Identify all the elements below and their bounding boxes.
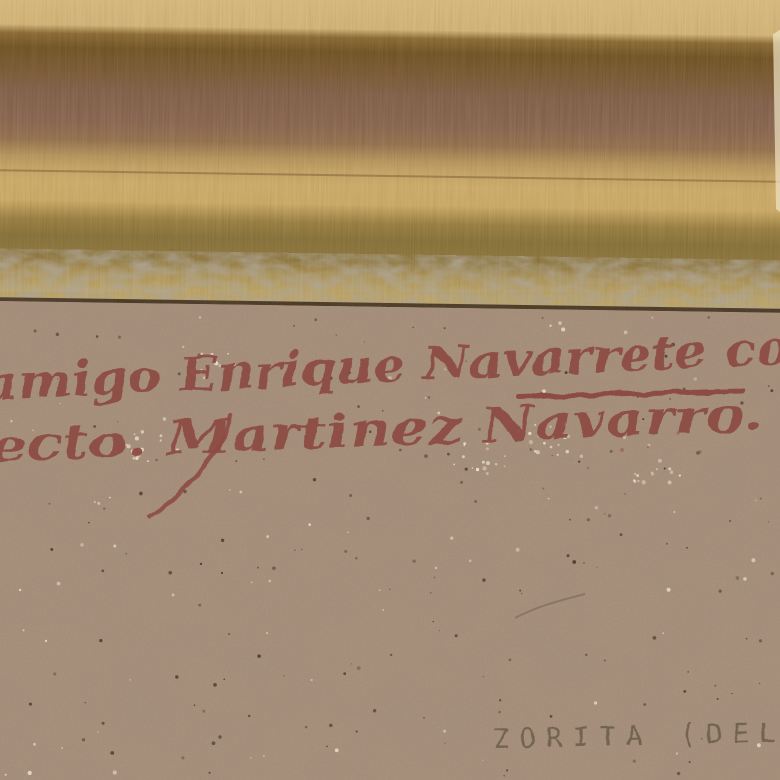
speck [504, 465, 506, 467]
speck [759, 683, 760, 684]
speck [670, 470, 674, 474]
speck [624, 493, 626, 495]
speck [445, 742, 446, 743]
speck [486, 461, 490, 465]
speck [608, 514, 612, 518]
speck [109, 497, 111, 499]
speck [521, 593, 522, 594]
speck [736, 576, 740, 580]
speck [97, 502, 100, 505]
speck [689, 761, 691, 763]
speck [101, 570, 104, 573]
speck [61, 747, 63, 749]
speck [283, 675, 285, 677]
speck [597, 567, 598, 568]
speck [729, 520, 731, 522]
speck [379, 589, 381, 591]
speck [433, 621, 434, 622]
speck [677, 772, 680, 775]
speck [482, 578, 485, 581]
speck [643, 703, 646, 706]
speck [698, 450, 702, 454]
speck [541, 317, 543, 319]
speck [45, 640, 47, 642]
speck [578, 460, 580, 462]
speck [504, 455, 506, 457]
speck [347, 532, 348, 533]
speck [250, 757, 252, 759]
speck [633, 760, 636, 763]
speck [636, 474, 639, 477]
speck [683, 690, 686, 693]
speck [199, 316, 201, 318]
speck [110, 751, 114, 755]
speck [344, 550, 347, 553]
speck [343, 672, 346, 675]
speck [228, 633, 230, 635]
speck [213, 683, 217, 687]
speck [476, 468, 479, 471]
speck [495, 463, 498, 466]
speck [587, 467, 590, 470]
speck [356, 730, 358, 732]
speck [390, 654, 392, 656]
speck [208, 772, 210, 774]
speck [474, 500, 477, 503]
speck [19, 589, 21, 591]
speck [97, 731, 99, 733]
speck [84, 702, 86, 704]
speck [633, 480, 636, 483]
speck [516, 548, 520, 552]
speck [263, 755, 265, 757]
speck [460, 481, 463, 484]
speck [486, 472, 489, 475]
speck [266, 632, 268, 634]
photo-canvas: amigo Enrique Navarrete co ecto. Martine… [0, 0, 780, 780]
speck [223, 678, 225, 680]
speck [413, 559, 416, 562]
speck [221, 539, 224, 542]
speck [465, 468, 468, 471]
speck [423, 717, 425, 719]
speck [389, 588, 391, 590]
speck [269, 580, 272, 583]
speck [673, 511, 675, 513]
speck [28, 771, 32, 775]
speck [257, 567, 259, 569]
speck [57, 582, 61, 586]
speck [658, 459, 662, 463]
speck [22, 629, 24, 631]
speck [33, 743, 36, 746]
speck [585, 654, 587, 656]
speck [88, 522, 90, 524]
speck [509, 658, 512, 661]
speck [482, 461, 485, 464]
speck [439, 630, 440, 631]
speck [519, 590, 521, 592]
speck [125, 553, 127, 555]
artwork-back-photo: amigo Enrique Navarrete co ecto. Martine… [0, 0, 780, 780]
speck [755, 500, 757, 502]
speck [664, 467, 666, 469]
speck [656, 468, 658, 470]
speck [29, 703, 32, 706]
speck [49, 503, 51, 505]
speck [569, 519, 571, 521]
speck [768, 521, 769, 522]
speck [329, 724, 333, 728]
speck [542, 488, 544, 490]
speck [443, 730, 446, 733]
speck [743, 577, 747, 581]
speck [676, 752, 678, 754]
speck [239, 491, 242, 494]
speck [294, 549, 296, 551]
speck [499, 699, 501, 701]
speck [566, 554, 569, 557]
speck [642, 480, 646, 484]
speck [266, 535, 269, 538]
speck [686, 547, 688, 549]
speck [587, 518, 590, 521]
speck [719, 589, 722, 592]
speck [130, 679, 131, 680]
speck [200, 563, 202, 565]
speck [99, 639, 102, 642]
speck [687, 671, 689, 673]
speck [428, 396, 431, 399]
speck [668, 467, 671, 470]
speck [662, 632, 664, 634]
speck [472, 467, 473, 468]
speck [80, 543, 84, 547]
speck [435, 567, 437, 569]
speck [483, 676, 484, 677]
speck [314, 318, 317, 321]
pencil-inscription: ZORITA (DEL [492, 717, 780, 755]
speck [113, 544, 116, 547]
speck [595, 506, 598, 509]
speck [770, 389, 773, 392]
speck [5, 774, 7, 776]
speck [118, 336, 121, 339]
speck [557, 454, 559, 456]
speck [335, 748, 339, 752]
speck [620, 533, 623, 536]
speck [272, 566, 276, 570]
speck [355, 557, 358, 560]
speck [367, 517, 370, 520]
speck [760, 498, 762, 500]
speck [455, 634, 458, 637]
speck [257, 654, 261, 658]
speck [56, 333, 59, 336]
speck [666, 543, 668, 545]
speck [731, 693, 732, 694]
speck [181, 756, 184, 759]
speck [202, 710, 205, 713]
speck [444, 327, 446, 329]
speck [373, 709, 376, 712]
speck [50, 548, 53, 551]
speck [248, 715, 251, 718]
speck [194, 704, 196, 706]
speck [139, 492, 143, 496]
speck [634, 473, 636, 475]
speck [102, 722, 105, 725]
speck [707, 316, 710, 319]
speck [293, 325, 295, 327]
speck [751, 558, 755, 562]
speck [580, 455, 583, 458]
speck [229, 489, 231, 491]
speck [552, 455, 553, 456]
speck [469, 559, 472, 562]
speck [668, 480, 672, 484]
speck [482, 760, 483, 761]
speck [103, 507, 105, 509]
speck [313, 478, 316, 481]
speck [305, 726, 308, 729]
speck [351, 663, 352, 664]
speck [336, 334, 337, 335]
speck [34, 329, 37, 332]
speck [425, 397, 427, 399]
speck [96, 335, 99, 338]
speck [583, 562, 585, 564]
speck [326, 746, 328, 748]
speck [550, 715, 553, 718]
speck [746, 638, 748, 640]
speck [653, 636, 657, 640]
speck [212, 741, 216, 745]
speck [667, 588, 671, 592]
speck [652, 317, 654, 319]
speck [453, 463, 455, 465]
speck [506, 769, 508, 771]
speck [198, 604, 201, 607]
speck [412, 327, 413, 328]
speck [637, 480, 639, 482]
speck [620, 448, 624, 452]
speck [434, 577, 436, 579]
speck [771, 572, 774, 575]
speck [566, 450, 569, 453]
speck [349, 494, 352, 497]
speck [558, 321, 561, 324]
speck [168, 571, 172, 575]
speck [498, 711, 501, 714]
speck [383, 609, 385, 611]
speck [717, 698, 719, 700]
speck [113, 771, 117, 775]
speck [572, 560, 576, 564]
speck [604, 513, 605, 514]
speck [430, 592, 432, 594]
speck [768, 385, 770, 387]
speck [594, 701, 597, 704]
frame-molding [0, 0, 780, 328]
speck [482, 466, 486, 470]
speck [714, 685, 716, 687]
speck [221, 572, 223, 574]
speck [701, 738, 703, 740]
speck [759, 639, 762, 642]
speck [53, 672, 56, 675]
speck [175, 675, 178, 678]
speck [308, 523, 311, 526]
speck [548, 498, 550, 500]
speck [172, 594, 175, 597]
speck [357, 666, 361, 670]
speck [301, 549, 302, 550]
speck [542, 389, 546, 393]
speck [549, 325, 551, 327]
speck [503, 775, 505, 777]
speck [610, 450, 613, 453]
speck [218, 735, 221, 738]
speck [462, 455, 465, 458]
speck [310, 679, 312, 681]
speck [604, 660, 606, 662]
speck [679, 474, 681, 476]
speck [82, 738, 85, 741]
speck [251, 582, 253, 584]
speck [94, 501, 96, 503]
speck [651, 472, 654, 475]
speck [450, 536, 453, 539]
